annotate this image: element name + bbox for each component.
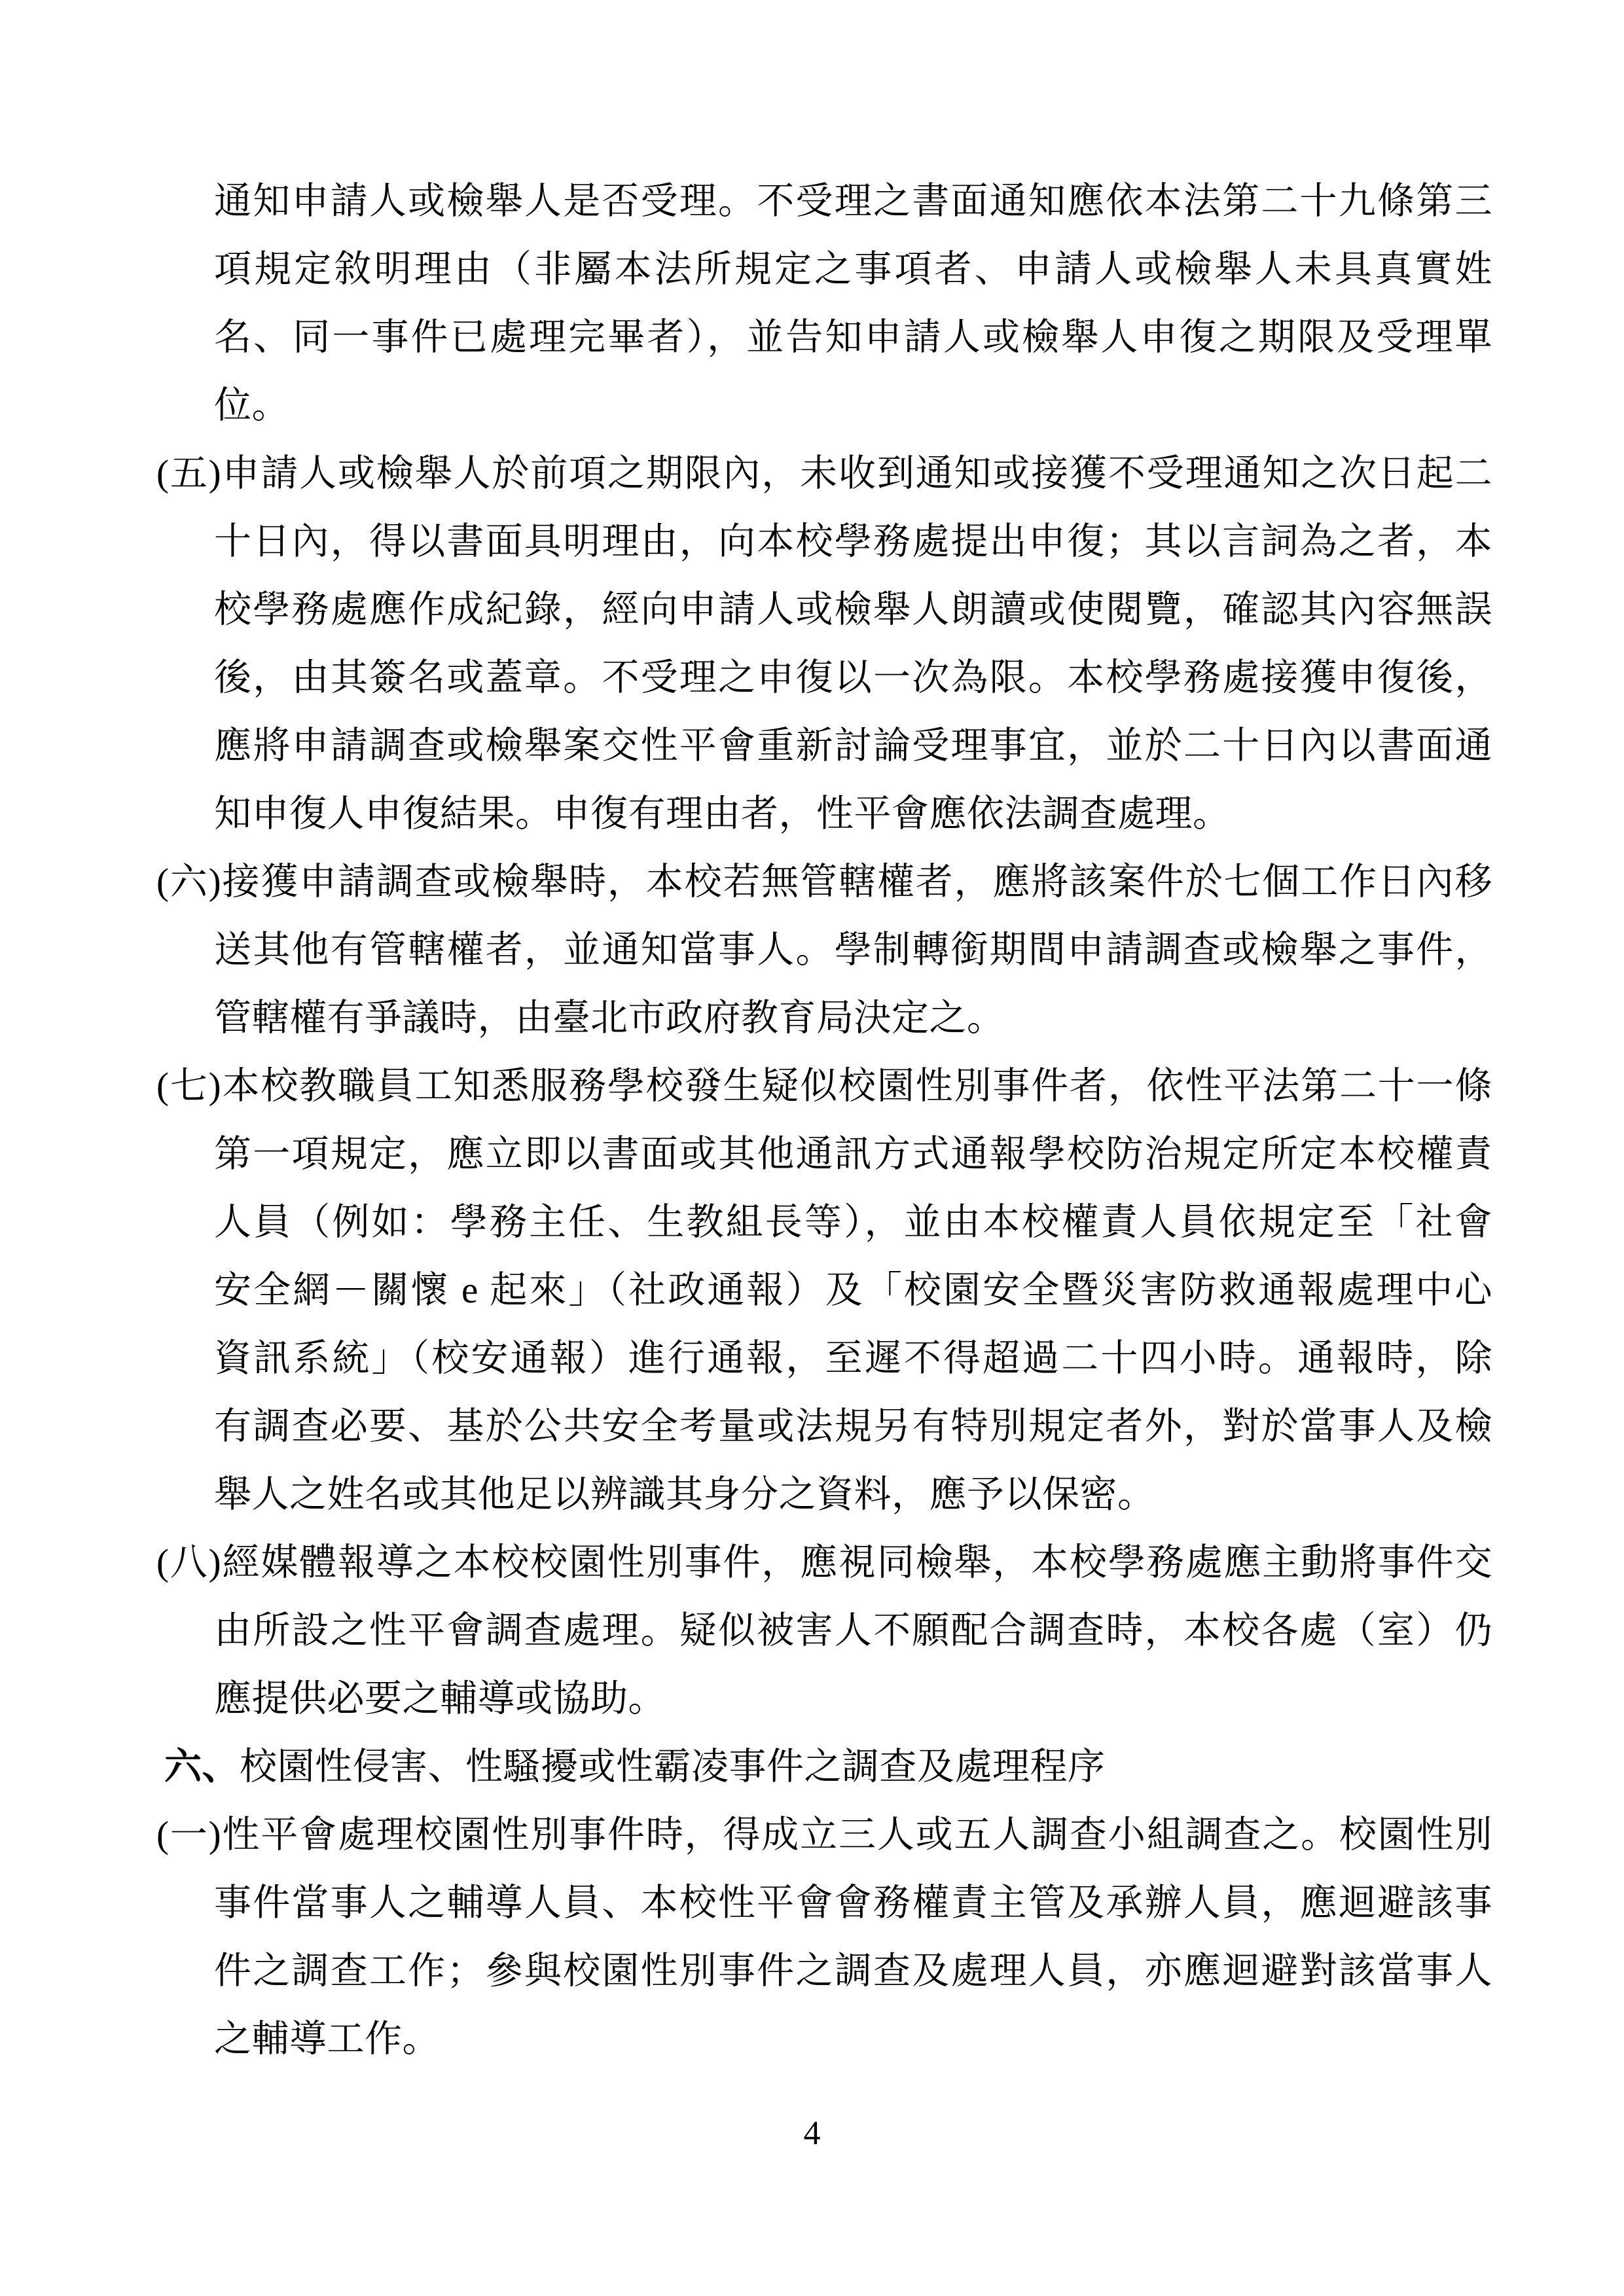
text-block: 通知申請人或檢舉人是否受理。不受理之書面通知應依本法第二十九條第三項規定敘明理由… bbox=[156, 168, 1492, 2073]
item-marker: (六) bbox=[156, 861, 221, 903]
line-text: 應將申請調查或檢舉案交性平會重新討論受理事宜，並於二十日內以書面通 bbox=[214, 725, 1492, 766]
line-text: 有調查必要、基於公共安全考量或法規另有特別規定者外，對於當事人及檢 bbox=[214, 1406, 1492, 1447]
text-line: 位。 bbox=[214, 372, 1492, 440]
line-text: 校園性侵害、性騷擾或性霸凌事件之調查及處理程序 bbox=[240, 1746, 1106, 1787]
section-number-label: 六、 bbox=[164, 1746, 240, 1787]
text-line: 資訊系統」（校安通報）進行通報，至遲不得超過二十四小時。通報時，除 bbox=[214, 1325, 1492, 1393]
text-line: (七)本校教職員工知悉服務學校發生疑似校園性別事件者，依性平法第二十一條 bbox=[156, 1052, 1492, 1121]
line-text: 性平會處理校園性別事件時，得成立三人或五人調查小組調查之。校園性別 bbox=[221, 1814, 1492, 1856]
text-line: 人員（例如：學務主任、生教組長等），並由本校權責人員依規定至「社會 bbox=[214, 1189, 1492, 1257]
line-text: 十日內，得以書面具明理由，向本校學務處提出申復；其以言詞為之者，本 bbox=[214, 521, 1492, 562]
line-text: 第一項規定，應立即以書面或其他通訊方式通報學校防治規定所定本校權責 bbox=[214, 1134, 1492, 1175]
text-line: 項規定敘明理由（非屬本法所規定之事項者、申請人或檢舉人未具真實姓 bbox=[214, 236, 1492, 304]
page-number: 4 bbox=[804, 2115, 821, 2152]
text-line: 有調查必要、基於公共安全考量或法規另有特別規定者外，對於當事人及檢 bbox=[214, 1393, 1492, 1461]
text-line: (八)經媒體報導之本校校園性別事件，應視同檢舉，本校學務處應主動將事件交 bbox=[156, 1529, 1492, 1597]
line-text: 管轄權有爭議時，由臺北市政府教育局決定之。 bbox=[214, 997, 1005, 1039]
line-text: 送其他有管轄權者，並通知當事人。學制轉銜期間申請調查或檢舉之事件， bbox=[214, 929, 1492, 971]
text-line: (五)申請人或檢舉人於前項之期限內，未收到通知或接獲不受理通知之次日起二 bbox=[156, 440, 1492, 508]
line-text: 知申復人申復結果。申復有理由者，性平會應依法調查處理。 bbox=[214, 793, 1231, 834]
text-line: (六)接獲申請調查或檢舉時，本校若無管轄權者，應將該案件於七個工作日內移 bbox=[156, 848, 1492, 916]
item-marker: (一) bbox=[156, 1814, 221, 1856]
line-text: 通知申請人或檢舉人是否受理。不受理之書面通知應依本法第二十九條第三 bbox=[214, 181, 1492, 222]
page-footer: 4 bbox=[0, 2114, 1624, 2153]
item-marker: (七) bbox=[156, 1066, 221, 1107]
text-line: 後，由其簽名或蓋章。不受理之申復以一次為限。本校學務處接獲申復後， bbox=[214, 644, 1492, 712]
line-text: 舉人之姓名或其他足以辨識其身分之資料，應予以保密。 bbox=[214, 1474, 1155, 1515]
text-line: 由所設之性平會調查處理。疑似被害人不願配合調查時，本校各處（室）仍 bbox=[214, 1597, 1492, 1665]
text-line: 名、同一事件已處理完畢者），並告知申請人或檢舉人申復之期限及受理單 bbox=[214, 304, 1492, 372]
line-text: 接獲申請調查或檢舉時，本校若無管轄權者，應將該案件於七個工作日內移 bbox=[221, 861, 1492, 903]
text-line: 安全網－關懷 e 起來」（社政通報）及「校園安全暨災害防救通報處理中心 bbox=[214, 1257, 1492, 1325]
text-line: 應將申請調查或檢舉案交性平會重新討論受理事宜，並於二十日內以書面通 bbox=[214, 712, 1492, 780]
line-text: 應提供必要之輔導或協助。 bbox=[214, 1678, 666, 1719]
document-page: 通知申請人或檢舉人是否受理。不受理之書面通知應依本法第二十九條第三項規定敘明理由… bbox=[0, 0, 1624, 2296]
text-line: 送其他有管轄權者，並通知當事人。學制轉銜期間申請調查或檢舉之事件， bbox=[214, 916, 1492, 984]
line-text: 事件當事人之輔導人員、本校性平會會務權責主管及承辦人員，應迴避該事 bbox=[214, 1882, 1492, 1924]
text-line: 第一項規定，應立即以書面或其他通訊方式通報學校防治規定所定本校權責 bbox=[214, 1121, 1492, 1189]
line-text: 本校教職員工知悉服務學校發生疑似校園性別事件者，依性平法第二十一條 bbox=[221, 1066, 1492, 1107]
text-line: 六、校園性侵害、性騷擾或性霸凌事件之調查及處理程序 bbox=[164, 1733, 1492, 1801]
line-text: 件之調查工作；參與校園性別事件之調查及處理人員，亦應迴避對該當事人 bbox=[214, 1950, 1492, 1992]
line-text: 之輔導工作。 bbox=[214, 2018, 440, 2060]
text-line: 應提供必要之輔導或協助。 bbox=[214, 1665, 1492, 1733]
text-line: 事件當事人之輔導人員、本校性平會會務權責主管及承辦人員，應迴避該事 bbox=[214, 1869, 1492, 1937]
line-text: 申請人或檢舉人於前項之期限內，未收到通知或接獲不受理通知之次日起二 bbox=[221, 453, 1492, 494]
item-marker: (八) bbox=[156, 1542, 221, 1583]
line-text: 經媒體報導之本校校園性別事件，應視同檢舉，本校學務處應主動將事件交 bbox=[221, 1542, 1492, 1583]
line-text: 由所設之性平會調查處理。疑似被害人不願配合調查時，本校各處（室）仍 bbox=[214, 1610, 1492, 1651]
text-line: 之輔導工作。 bbox=[214, 2005, 1492, 2073]
line-text: 人員（例如：學務主任、生教組長等），並由本校權責人員依規定至「社會 bbox=[214, 1202, 1492, 1243]
line-text: 後，由其簽名或蓋章。不受理之申復以一次為限。本校學務處接獲申復後， bbox=[214, 657, 1492, 698]
line-text: 名、同一事件已處理完畢者），並告知申請人或檢舉人申復之期限及受理單 bbox=[214, 317, 1492, 358]
text-line: 十日內，得以書面具明理由，向本校學務處提出申復；其以言詞為之者，本 bbox=[214, 508, 1492, 576]
text-line: 知申復人申復結果。申復有理由者，性平會應依法調查處理。 bbox=[214, 780, 1492, 848]
line-text: 安全網－關懷 e 起來」（社政通報）及「校園安全暨災害防救通報處理中心 bbox=[214, 1270, 1492, 1311]
text-line: 舉人之姓名或其他足以辨識其身分之資料，應予以保密。 bbox=[214, 1461, 1492, 1529]
text-line: 校學務處應作成紀錄，經向申請人或檢舉人朗讀或使閱覽，確認其內容無誤 bbox=[214, 576, 1492, 644]
text-line: 管轄權有爭議時，由臺北市政府教育局決定之。 bbox=[214, 984, 1492, 1052]
line-text: 位。 bbox=[214, 385, 289, 426]
line-text: 資訊系統」（校安通報）進行通報，至遲不得超過二十四小時。通報時，除 bbox=[214, 1338, 1492, 1379]
line-text: 校學務處應作成紀錄，經向申請人或檢舉人朗讀或使閱覽，確認其內容無誤 bbox=[214, 589, 1492, 630]
text-line: 通知申請人或檢舉人是否受理。不受理之書面通知應依本法第二十九條第三 bbox=[214, 168, 1492, 236]
item-marker: (五) bbox=[156, 453, 221, 494]
text-line: (一)性平會處理校園性別事件時，得成立三人或五人調查小組調查之。校園性別 bbox=[156, 1801, 1492, 1869]
text-line: 件之調查工作；參與校園性別事件之調查及處理人員，亦應迴避對該當事人 bbox=[214, 1937, 1492, 2005]
line-text: 項規定敘明理由（非屬本法所規定之事項者、申請人或檢舉人未具真實姓 bbox=[214, 249, 1492, 290]
